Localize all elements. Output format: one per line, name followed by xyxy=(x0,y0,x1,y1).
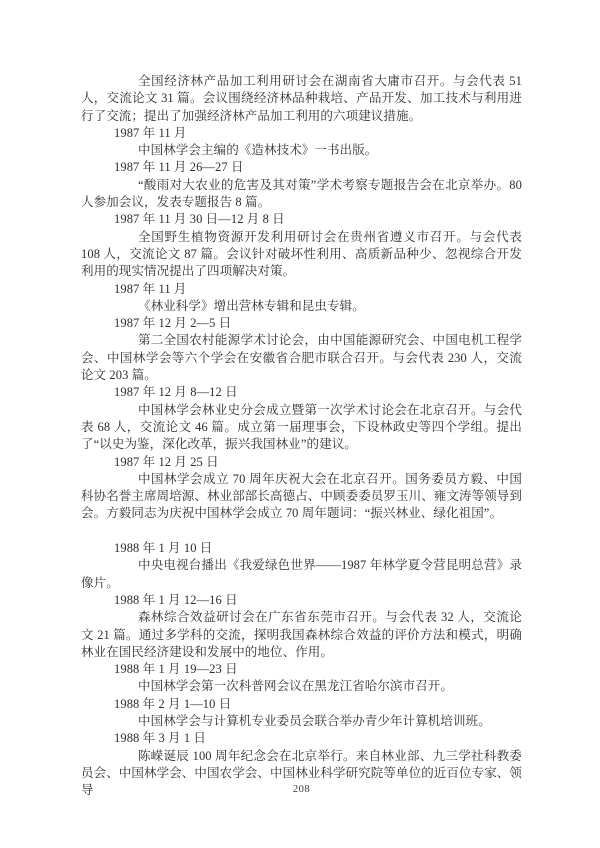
entry-paragraph: 《林业科学》增出营林专辑和昆虫专辑。 xyxy=(81,298,522,315)
page-number: 208 xyxy=(81,784,522,795)
date-heading: 1988 年 3 月 1 日 xyxy=(81,730,522,747)
date-heading: 1987 年 11 月 30 日—12 月 8 日 xyxy=(81,211,522,228)
date-heading: 1987 年 11 月 xyxy=(81,125,522,142)
entry-paragraph: 全国经济林产品加工利用研讨会在湖南省大庸市召开。与会代表 51 人，交流论文 3… xyxy=(81,73,522,125)
entry-paragraph: 中国林学会主编的《造林技术》一书出版。 xyxy=(81,142,522,159)
entry-paragraph: 森林综合效益研讨会在广东省东莞市召开。与会代表 32 人，交流论文 21 篇。通… xyxy=(81,609,522,661)
date-heading: 1988 年 1 月 12—16 日 xyxy=(81,592,522,609)
date-heading: 1988 年 1 月 19—23 日 xyxy=(81,661,522,678)
entry-paragraph: 中国林学会成立 70 周年庆祝大会在北京召开。国务委员方毅、中国科协名誉主席周培… xyxy=(81,471,522,523)
date-heading: 1988 年 2 月 1—10 日 xyxy=(81,696,522,713)
blank-line xyxy=(81,523,522,540)
entry-paragraph: “酸雨对大农业的危害及其对策”学术考察专题报告会在北京举办。80 人参加会议，发… xyxy=(81,177,522,212)
entry-paragraph: 第二全国农村能源学术讨论会，由中国能源研究会、中国电机工程学会、中国林学会等六个… xyxy=(81,332,522,384)
date-heading: 1987 年 12 月 25 日 xyxy=(81,454,522,471)
scanned-book-page: 全国经济林产品加工利用研讨会在湖南省大庸市召开。与会代表 51 人，交流论文 3… xyxy=(0,0,600,848)
date-heading: 1987 年 12 月 8—12 日 xyxy=(81,384,522,401)
entry-paragraph: 中国林学会与计算机专业委员会联合举办青少年计算机培训班。 xyxy=(81,713,522,730)
page-body: 全国经济林产品加工利用研讨会在湖南省大庸市召开。与会代表 51 人，交流论文 3… xyxy=(81,73,522,799)
entry-paragraph: 中央电视台播出《我爱绿色世界——1987 年林学夏令营昆明总营》录像片。 xyxy=(81,557,522,592)
date-heading: 1987 年 11 月 26—27 日 xyxy=(81,159,522,176)
date-heading: 1987 年 12 月 2—5 日 xyxy=(81,315,522,332)
entry-paragraph: 全国野生植物资源开发利用研讨会在贵州省遵义市召开。与会代表 108 人，交流论文… xyxy=(81,229,522,281)
date-heading: 1987 年 11 月 xyxy=(81,281,522,298)
entry-paragraph: 中国林学会第一次科普网会议在黑龙江省哈尔滨市召开。 xyxy=(81,678,522,695)
date-heading: 1988 年 1 月 10 日 xyxy=(81,540,522,557)
entry-paragraph: 中国林学会林业史分会成立暨第一次学术讨论会在北京召开。与会代表 68 人，交流论… xyxy=(81,402,522,454)
